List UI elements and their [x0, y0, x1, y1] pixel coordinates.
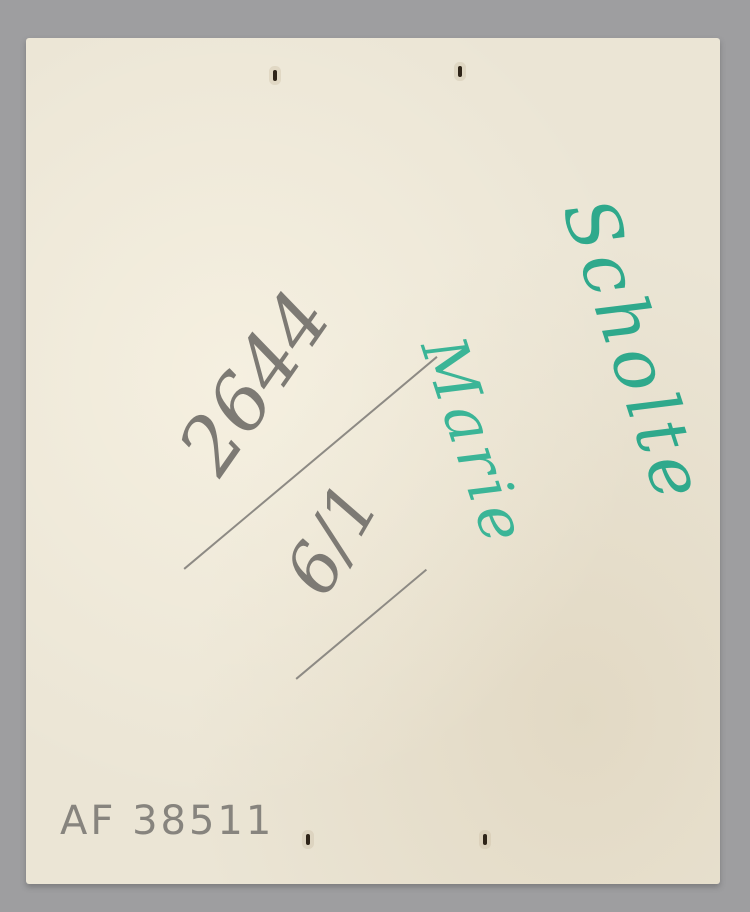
pencil-fraction: 6/1 [269, 470, 396, 609]
staple-hole-bottom-right [483, 834, 487, 845]
green-ink-firstname: Marie [407, 328, 543, 557]
photo-card-back: 2644 6/1 Scholte Marie AF 38511 [26, 38, 720, 884]
staple-hole-top-left [273, 70, 277, 81]
staple-hole-bottom-left [306, 834, 310, 845]
green-ink-surname: Scholte [546, 188, 724, 514]
pencil-number: 2644 [161, 276, 349, 490]
staple-hole-top-right [458, 66, 462, 77]
catalog-number: AF 38511 [60, 798, 274, 844]
